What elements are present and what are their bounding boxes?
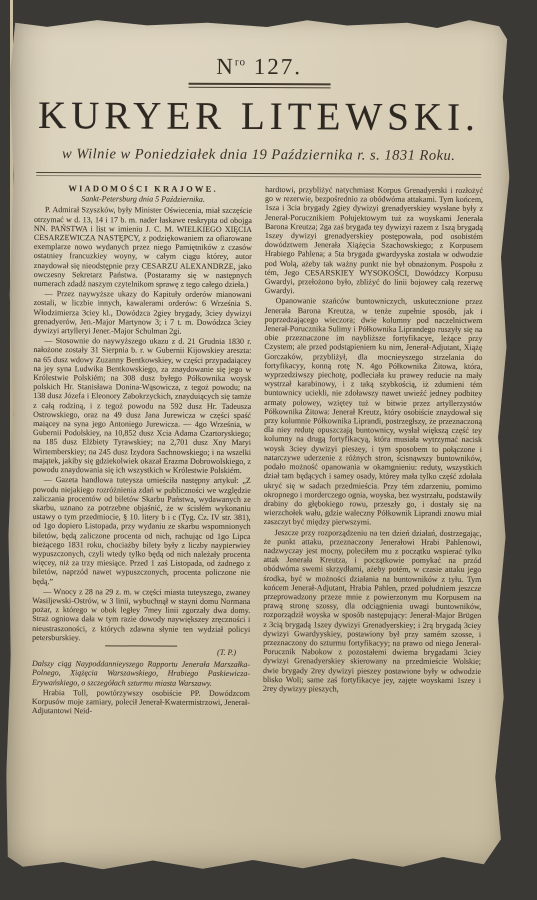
issue-ordinal-sup: ro <box>235 56 246 68</box>
issue-prefix: N <box>216 54 235 79</box>
paragraph: — Gazeta handlowa tuteysza umieściła nas… <box>32 475 250 586</box>
correspondent-signoff: (T. P.) <box>32 647 250 657</box>
left-column: WIADOMOŚCI KRAJOWE. Sankt-Petersburg dni… <box>31 184 252 793</box>
paragraph: Jeszcze przy rozporządzeniu na ten dzień… <box>263 528 482 695</box>
masthead: Nro 127. KURYER LITEWSKI. w Wilnie w Pon… <box>34 53 484 178</box>
paragraph: — Wnocy z 28 na 29 z. m. w części miasta… <box>32 587 250 643</box>
section-header: WIADOMOŚCI KRAJOWE. <box>34 184 252 194</box>
paragraph: — Przez naywyższe ukazy do Kapituły orde… <box>33 289 251 336</box>
report-heading: Dalszy ciąg Naypoddannieyszego Rapportu … <box>32 659 250 688</box>
paragraph: — Stosownie do naywyższego ukazu z d. 21… <box>33 336 252 475</box>
masthead-dateline: w Wilnie w Poniedziałek dnia 19 Paździer… <box>34 146 483 165</box>
column-dateline: Sankt-Petersburg dnia 5 Października. <box>34 194 252 204</box>
issue-rule <box>188 83 330 89</box>
issue-value: 127. <box>254 54 302 79</box>
paragraph: P. Admirał Szyszków, były Minister Oświe… <box>34 205 252 289</box>
paragraph: hardtowi, przybliżyć natychmiast Korpus … <box>265 185 483 296</box>
masthead-rule <box>36 172 481 178</box>
paragraph: Hrabia Toll, powtórzywszy osobiście PP. … <box>32 688 250 717</box>
right-column: hardtowi, przybliżyć natychmiast Korpus … <box>262 185 483 794</box>
newspaper-page: Nro 127. KURYER LITEWSKI. w Wilnie w Pon… <box>3 15 510 874</box>
article-columns: WIADOMOŚCI KRAJOWE. Sankt-Petersburg dni… <box>31 184 483 794</box>
page-content: Nro 127. KURYER LITEWSKI. w Wilnie w Pon… <box>3 15 510 873</box>
paragraph: Opanowanie szańców buntowniczych, uskute… <box>264 296 483 527</box>
issue-number: Nro 127. <box>35 53 484 81</box>
newspaper-title: KURYER LITEWSKI. <box>34 93 483 140</box>
